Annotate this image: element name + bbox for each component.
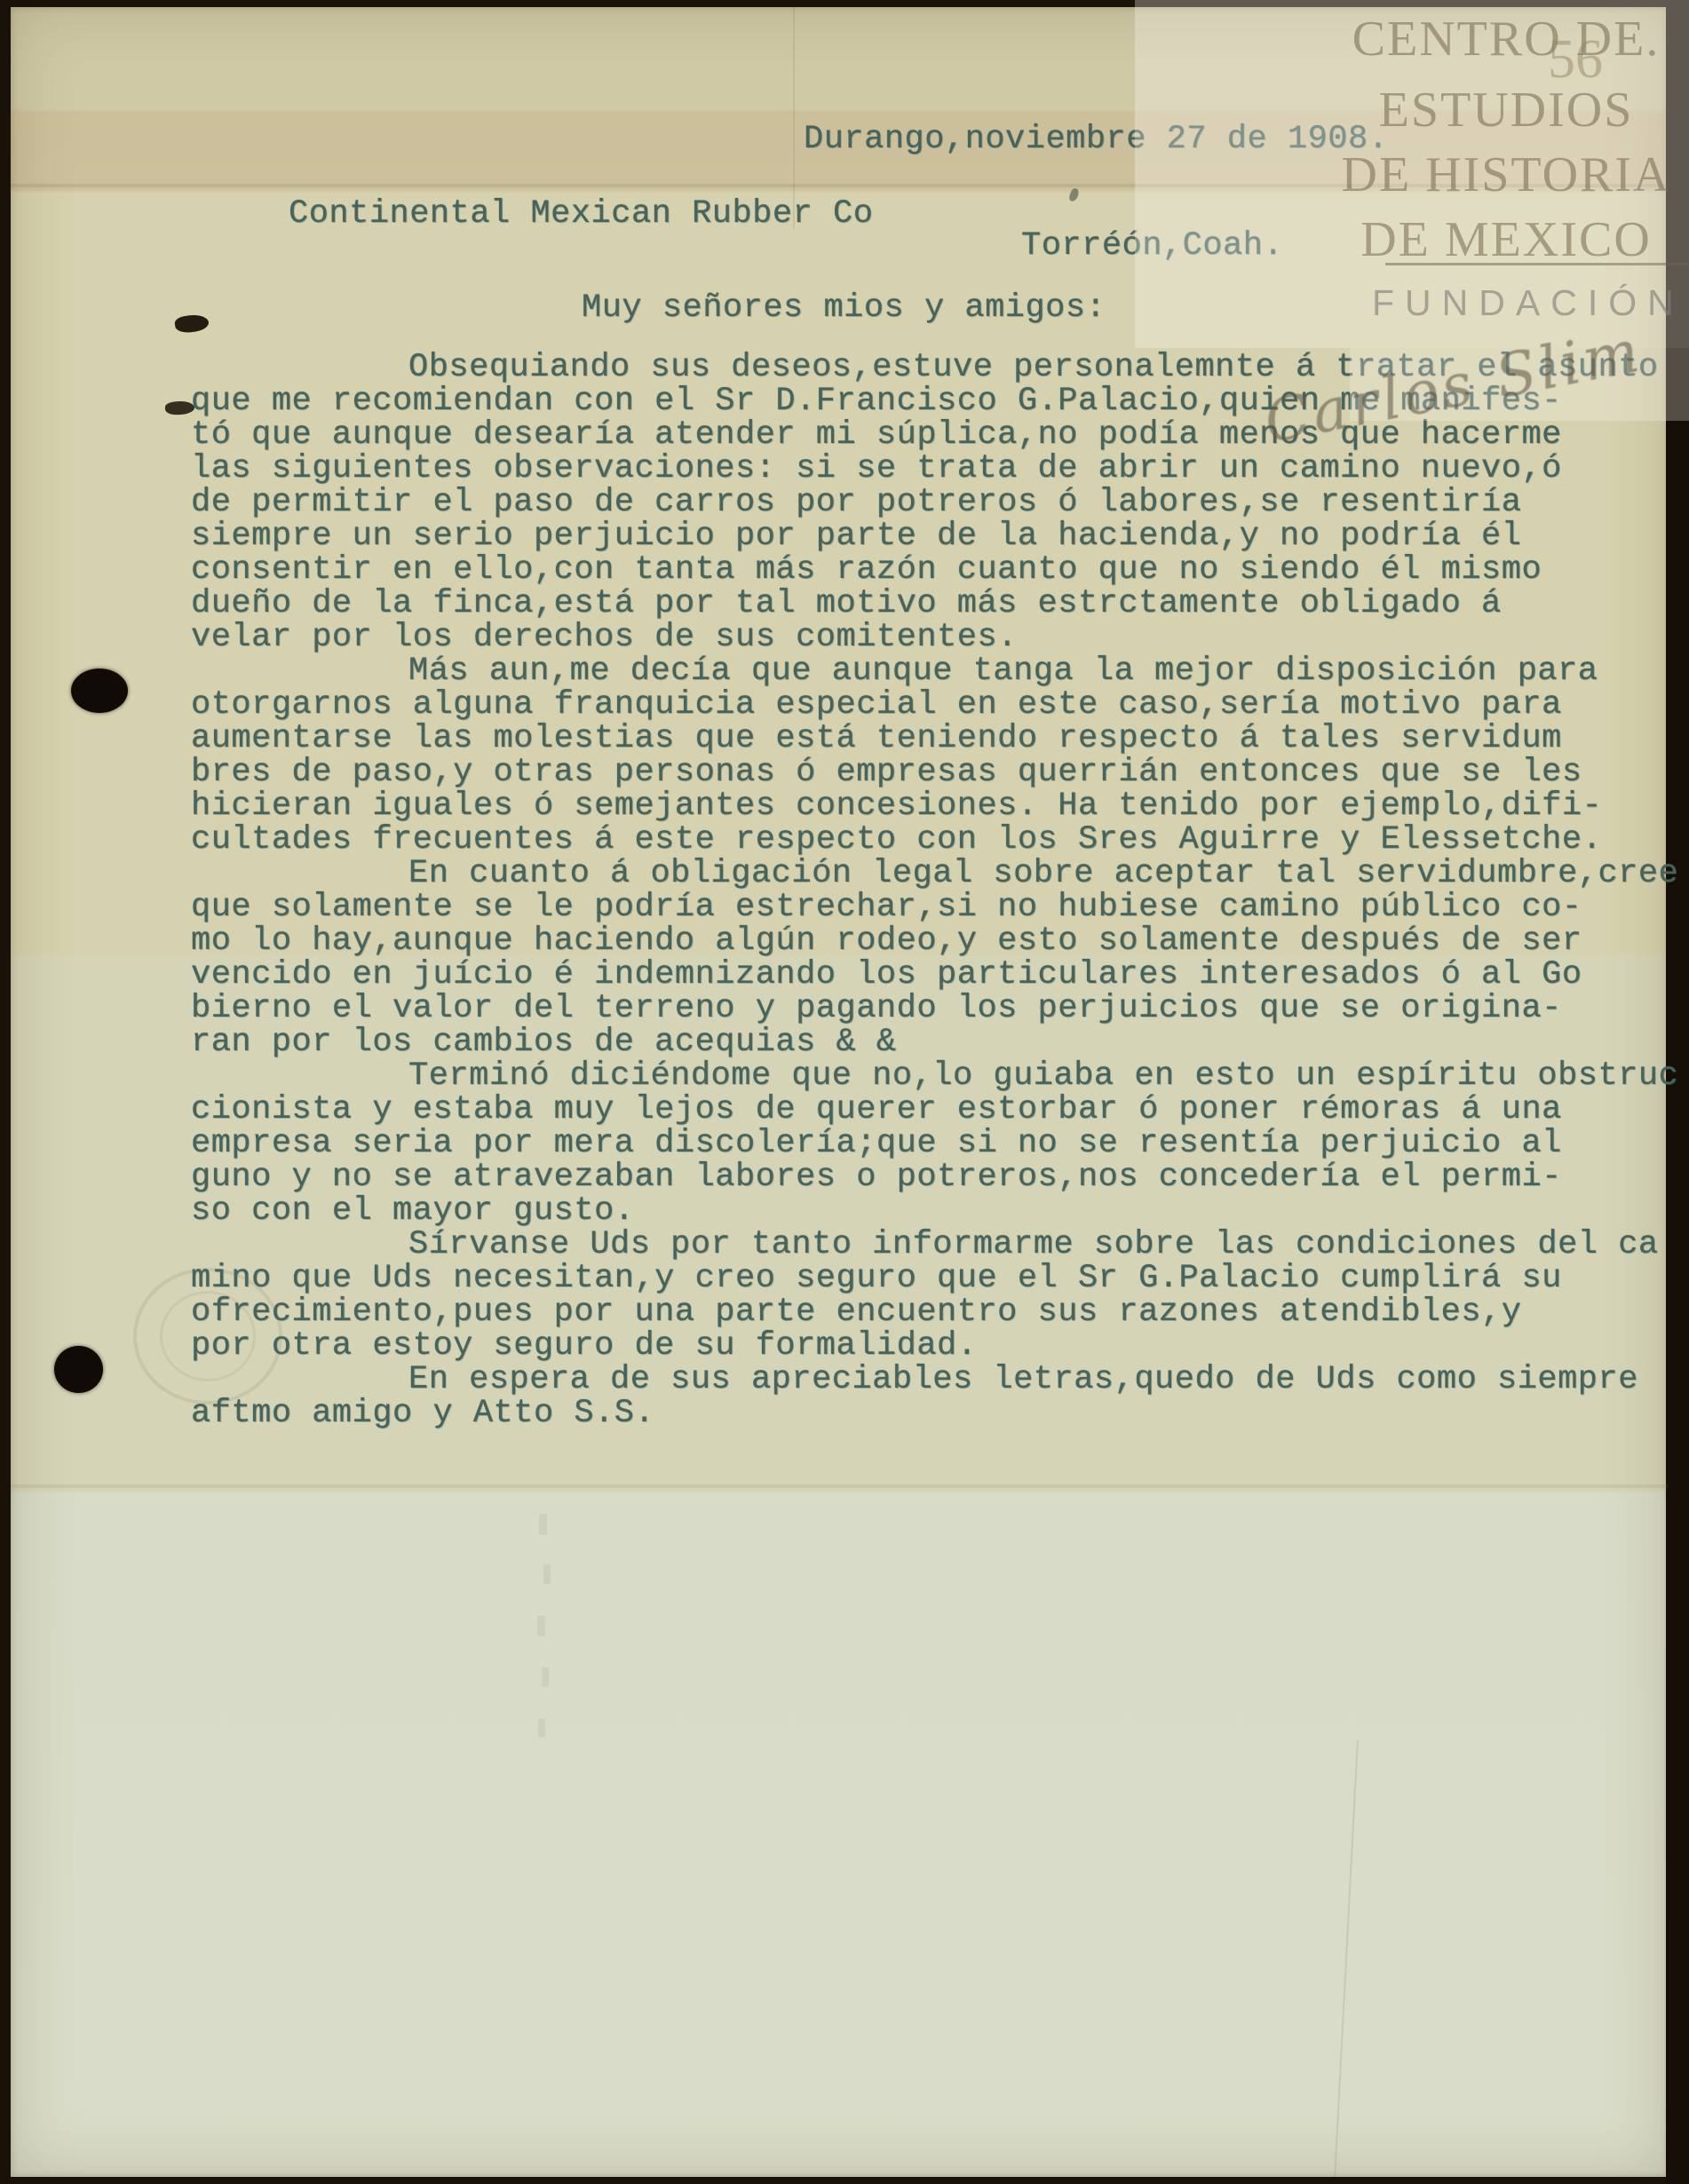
bleed-mark xyxy=(538,1719,545,1737)
typed-line: Sírvanse Uds por tanto informarme sobre … xyxy=(191,1228,1683,1262)
typed-line: las siguientes observaciones: si se trat… xyxy=(191,452,1683,486)
typed-line: hicieran iguales ó semejantes concesione… xyxy=(191,789,1683,823)
typed-line: mo lo hay,aunque haciendo algún rodeo,y … xyxy=(191,924,1683,958)
letter-recipient: Continental Mexican Rubber Co xyxy=(289,197,873,231)
typed-line: ran por los cambios de acequias & & xyxy=(191,1025,1683,1059)
typed-line: que solamente se le podría estrechar,si … xyxy=(191,890,1683,924)
typed-line: En cuanto á obligación legal sobre acept… xyxy=(191,857,1683,890)
typed-line: cionista y estaba muy lejos de querer es… xyxy=(191,1093,1683,1127)
bleed-mark xyxy=(542,1667,549,1687)
watermark-foundation: FUNDACIÓN xyxy=(1372,282,1689,324)
typed-line: cultades frecuentes á este respecto con … xyxy=(191,823,1683,857)
watermark-line: CENTRO DE. xyxy=(1323,11,1689,67)
paragraph: Más aun,me decía que aunque tanga la mej… xyxy=(191,654,1683,857)
letter-body: Obsequiando sus deseos,estuve personalem… xyxy=(191,351,1683,1430)
typed-line: de permitir el paso de carros por potrer… xyxy=(191,486,1683,519)
typed-line: so con el mayor gusto. xyxy=(191,1194,1683,1228)
paragraph: En espera de sus apreciables letras,qued… xyxy=(191,1363,1683,1430)
paragraph: En cuanto á obligación legal sobre acept… xyxy=(191,857,1683,1059)
paragraph: Sírvanse Uds por tanto informarme sobre … xyxy=(191,1228,1683,1363)
typed-line: ofrecimiento,pues por una parte encuentr… xyxy=(191,1295,1683,1329)
bleed-mark xyxy=(537,1616,545,1636)
watermark-line: DE MEXICO xyxy=(1323,211,1689,268)
typed-line: otorgarnos alguna franquicia especial en… xyxy=(191,688,1683,722)
typed-line: Más aun,me decía que aunque tanga la mej… xyxy=(191,654,1683,688)
typed-line: tó que aunque desearía atender mi súplic… xyxy=(191,418,1683,452)
typed-line: empresa seria por mera discolería;que si… xyxy=(191,1127,1683,1160)
paragraph: Terminó diciéndome que no,lo guiaba en e… xyxy=(191,1059,1683,1228)
watermark-rule xyxy=(1385,263,1689,265)
typed-line: guno y no se atravezaban labores o potre… xyxy=(191,1160,1683,1194)
typed-line: Terminó diciéndome que no,lo guiaba en e… xyxy=(191,1059,1683,1093)
typed-line: bres de paso,y otras personas ó empresas… xyxy=(191,756,1683,789)
bleed-mark xyxy=(543,1564,551,1584)
watermark-line: ESTUDIOS xyxy=(1323,82,1689,138)
typed-line: En espera de sus apreciables letras,qued… xyxy=(191,1363,1683,1397)
typed-line: consentir en ello,con tanta más razón cu… xyxy=(191,553,1683,587)
fold-line-bottom xyxy=(11,1484,1668,1488)
typed-line: aumentarse las molestias que está tenien… xyxy=(191,722,1683,756)
typed-line: bierno el valor del terreno y pagando lo… xyxy=(191,992,1683,1025)
typed-line: por otra estoy seguro de su formalidad. xyxy=(191,1329,1683,1363)
typed-line: siempre un serio perjuicio por parte de … xyxy=(191,519,1683,553)
watermark-line: DE HISTORIA xyxy=(1323,146,1689,203)
bleed-mark xyxy=(539,1514,547,1535)
typed-line: mino que Uds necesitan,y creo seguro que… xyxy=(191,1262,1683,1295)
typed-line: vencido en juício é indemnizando los par… xyxy=(191,958,1683,992)
typed-line: aftmo amigo y Atto S.S. xyxy=(191,1397,1683,1430)
punch-hole-bottom xyxy=(54,1346,103,1393)
typed-line: dueño de la finca,está por tal motivo má… xyxy=(191,587,1683,621)
scanned-letter-page: Durango,noviembre 27 de 1908. Continenta… xyxy=(0,0,1689,2184)
typed-line: velar por los derechos de sus comitentes… xyxy=(191,621,1683,654)
punch-hole-top xyxy=(71,669,128,713)
letter-salutation: Muy señores mios y amigos: xyxy=(582,291,1106,325)
